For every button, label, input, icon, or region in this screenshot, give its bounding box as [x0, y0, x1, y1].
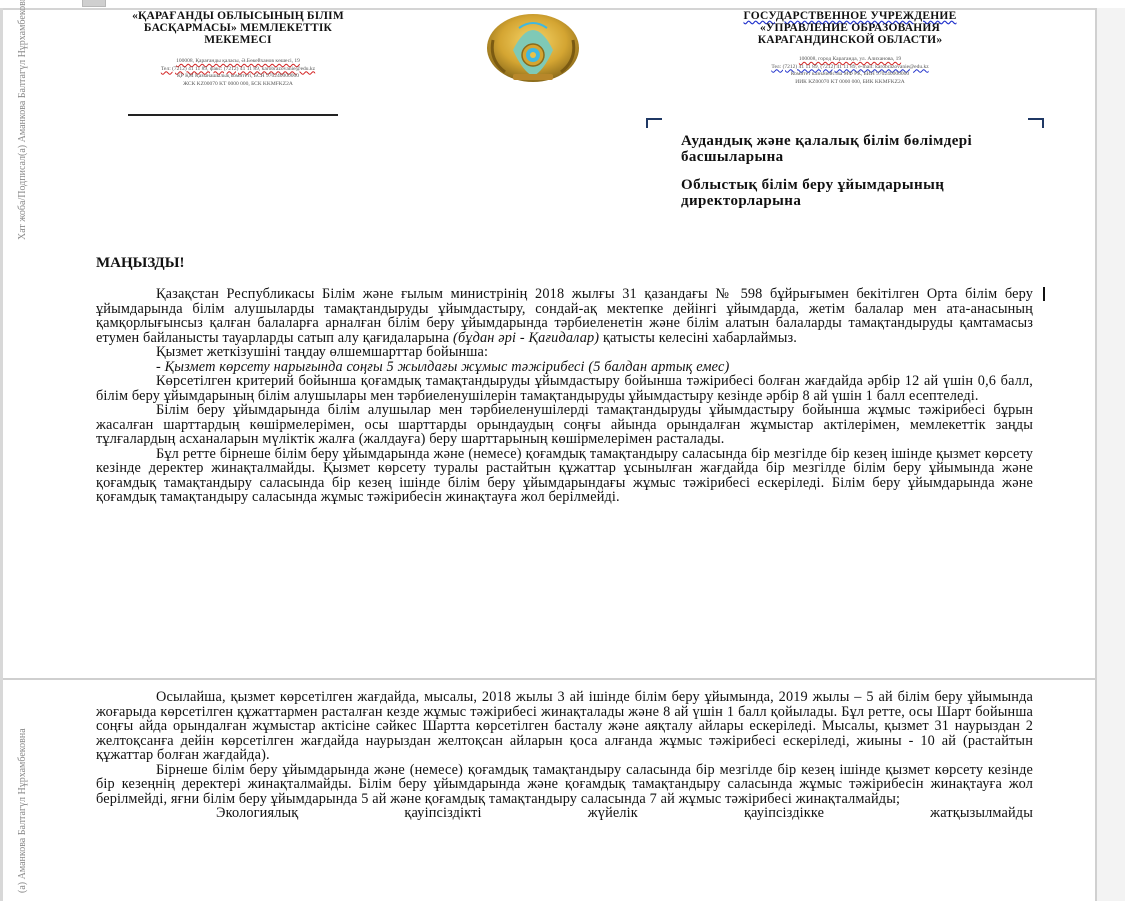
ruler-tab[interactable] — [82, 0, 106, 7]
state-emblem-icon — [483, 10, 583, 90]
document-top-ruler — [0, 0, 1125, 10]
paragraph: Осылайша, қызмет көрсетілген жағдайда, м… — [96, 690, 1033, 763]
paragraph: Бірнеше білім беру ұйымдарында және (нем… — [96, 763, 1033, 807]
signature-stamp: (а) Аманкова Балтагүл Нұрхамбековна — [17, 703, 33, 893]
header-divider — [128, 114, 338, 116]
paragraph: Экологиялық қауіпсіздікті жүйелік қауіпс… — [96, 806, 1033, 821]
text-cursor — [1043, 287, 1045, 301]
header-left-org: «ҚАРАҒАНДЫ ОБЛЫСЫНЫҢ БІЛІМ БАСҚАРМАСЫ» М… — [88, 10, 388, 88]
addressee-bracket-left — [646, 118, 662, 128]
document-body-page-2[interactable]: Осылайша, қызмет көрсетілген жағдайда, м… — [96, 690, 1033, 821]
paragraph: Білім беру ұйымдарында білім алушылар ме… — [96, 403, 1033, 447]
header-right-org: ГОСУДАРСТВЕННОЕ УЧРЕЖДЕНИЕ «УПРАВЛЕНИЕ О… — [660, 10, 1040, 86]
document-body-page-1[interactable]: Қазақстан Республикасы Білім және ғылым … — [96, 287, 1033, 505]
org-name-kz: «ҚАРАҒАНДЫ ОБЛЫСЫНЫҢ БІЛІМ БАСҚАРМАСЫ» М… — [88, 10, 388, 46]
vertical-scrollbar[interactable] — [1095, 8, 1125, 901]
page-heading: МАҢЫЗДЫ! — [96, 255, 184, 272]
paragraph: Қазақстан Республикасы Білім және ғылым … — [96, 287, 1033, 345]
addressee-bracket-right — [1028, 118, 1044, 128]
org-name-ru: ГОСУДАРСТВЕННОЕ УЧРЕЖДЕНИЕ «УПРАВЛЕНИЕ О… — [660, 10, 1040, 46]
signature-stamp: Хат жоба/Подписал(а) Аманкова Балтагүл Н… — [17, 40, 33, 240]
addressee-2: Облыстық білім беру ұйымдарының директор… — [681, 177, 981, 209]
org-address-kz: 100008, Қарағанды қаласы, Ә.Бөкейханов к… — [88, 58, 388, 88]
addressee-block: Аудандық және қалалық білім бөлімдері ба… — [681, 133, 981, 221]
paragraph: Көрсетілген критерий бойынша қоғамдық та… — [96, 374, 1033, 403]
paragraph: Бұл ретте бірнеше білім беру ұйымдарында… — [96, 447, 1033, 505]
criteria-item: - Қызмет көрсету нарығында соңғы 5 жылда… — [96, 360, 1033, 375]
org-address-ru: 100008, город Караганда, ул. Алиханова, … — [660, 56, 1040, 86]
addressee-1: Аудандық және қалалық білім бөлімдері ба… — [681, 133, 981, 165]
paragraph: Қызмет жеткізушіні таңдау өлшемшарттар б… — [96, 345, 1033, 360]
